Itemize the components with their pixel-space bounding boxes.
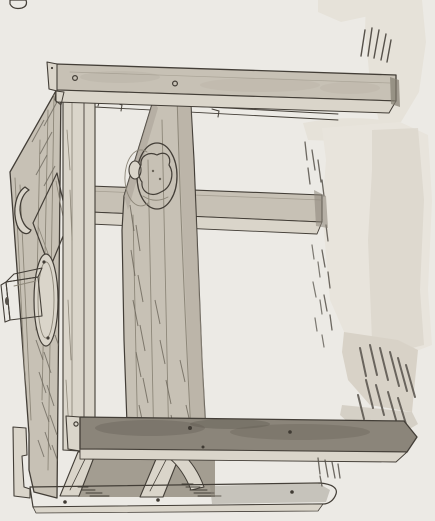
plank-screw-3 — [290, 490, 294, 494]
flange-screw-dot-top — [42, 260, 45, 263]
handle-hole — [5, 297, 9, 305]
bottom-rail — [66, 416, 417, 462]
bottom-rail-end-cap — [66, 416, 80, 451]
bottom-rail-screw-2 — [188, 426, 192, 430]
top-rail-mottle-3 — [320, 82, 380, 94]
bottom-rail-screw-3 — [288, 430, 292, 434]
top-rail-end-smudge — [390, 77, 400, 107]
plank-mottle — [210, 483, 330, 504]
top-rail-end-cap — [47, 62, 57, 91]
illustration-page — [0, 0, 435, 521]
top-rail-cap-dot — [51, 67, 53, 69]
plank-screw-2 — [156, 498, 160, 502]
knob-dot-1 — [152, 170, 154, 172]
front-post — [63, 88, 95, 452]
flange-screw-dot-bottom — [46, 336, 49, 339]
bottom-rail-mottle-3 — [190, 419, 270, 429]
workbench-drawing — [0, 0, 435, 521]
plank-screw-1 — [63, 500, 67, 504]
wash-right-inner — [368, 128, 424, 352]
bottom-rail-screw-4 — [202, 446, 205, 449]
knob-dot-2 — [159, 178, 161, 180]
